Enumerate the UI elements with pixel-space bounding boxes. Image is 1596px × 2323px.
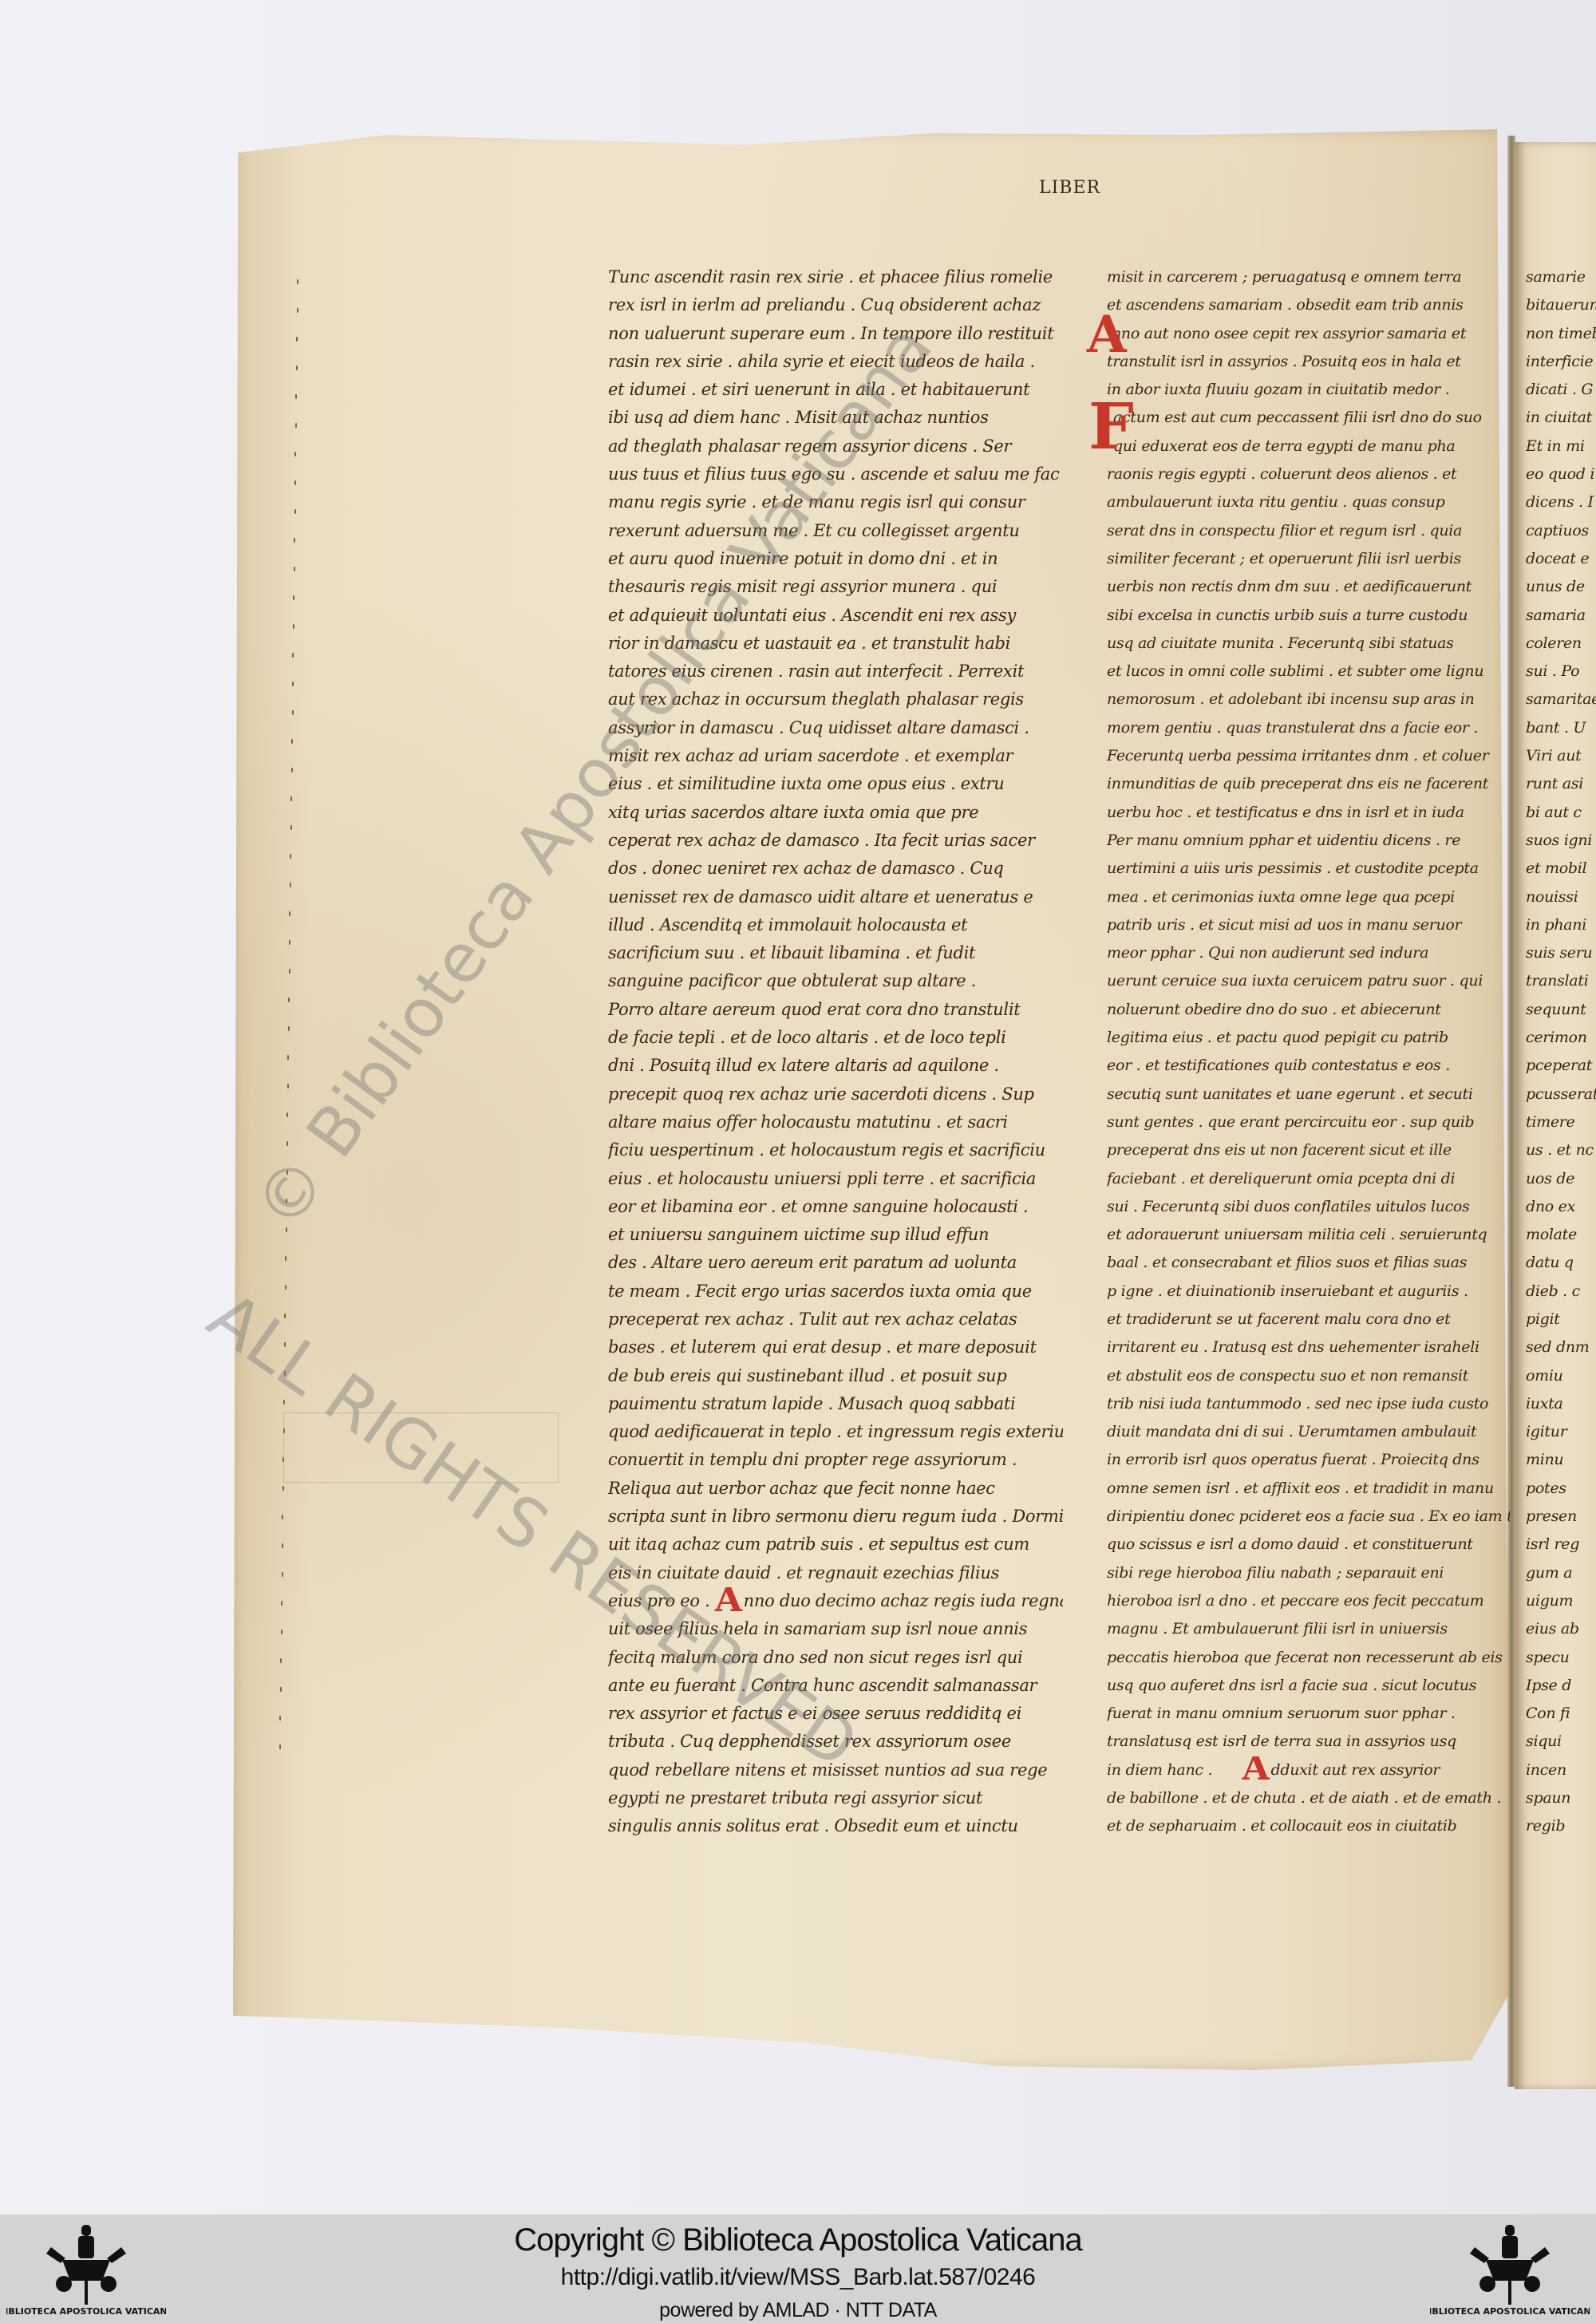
manuscript-line: uos de <box>1526 1165 1596 1193</box>
manuscript-line: dos . donec ueniret rex achaz de damasco… <box>608 855 1063 883</box>
manuscript-line: morem gentiu . quas transtulerat dns a f… <box>1107 714 1510 742</box>
manuscript-line: xitq urias sacerdos altare iuxta omia qu… <box>608 799 1063 827</box>
manuscript-line: noluerunt obedire dno do suo . et abiece… <box>1107 996 1510 1024</box>
prick-mark <box>290 883 291 887</box>
manuscript-line: isrl reg <box>1526 1531 1596 1559</box>
rubric-initial-f: F <box>1088 389 1134 464</box>
prick-mark <box>297 308 298 313</box>
manuscript-line: magnu . Et ambulauerunt filii isrl in un… <box>1107 1615 1510 1643</box>
manuscript-line: Et in mi <box>1526 433 1596 460</box>
manuscript-line: bant . U <box>1526 714 1596 742</box>
manuscript-line: pigit <box>1526 1306 1596 1333</box>
manuscript-line: sequunt <box>1526 996 1596 1024</box>
manuscript-line: usq quo auferet dns isrl a facie sua . s… <box>1107 1672 1510 1700</box>
manuscript-line: Ipse d <box>1526 1672 1596 1700</box>
manuscript-line: uerbu hoc . et testificatus e dns in isr… <box>1107 799 1510 827</box>
vatican-library-logo-icon: BIBLIOTECA APOSTOLICA VATICANA <box>6 2218 166 2319</box>
prick-mark <box>293 624 294 629</box>
manuscript-line: te meam . Fecit ergo urias sacerdos iuxt… <box>608 1278 1063 1306</box>
manuscript-line: patrib uris . et sicut misi ad uos in ma… <box>1107 911 1510 939</box>
powered-by-text: powered by AMLAD · NTT DATA <box>0 2299 1596 2322</box>
manuscript-line: Con fi <box>1526 1700 1596 1728</box>
prick-mark <box>297 279 298 284</box>
manuscript-line: uertimini a uiis uris pessimis . et cust… <box>1107 855 1510 883</box>
manuscript-line: specu <box>1526 1644 1596 1672</box>
logo-caption: BIBLIOTECA APOSTOLICA VATICANA <box>6 2306 166 2317</box>
manuscript-line: samaritae <box>1526 685 1596 713</box>
manuscript-line: dicens . I <box>1526 488 1596 516</box>
manuscript-line: dno ex <box>1526 1193 1596 1221</box>
manuscript-line: dicati . G <box>1526 376 1596 404</box>
prick-mark <box>294 538 295 543</box>
manuscript-line: sui . Feceruntq sibi duos conflatiles ui… <box>1107 1193 1510 1221</box>
manuscript-line: suis seru <box>1526 939 1596 967</box>
prick-mark <box>296 337 298 342</box>
neighbor-page-text: samariebitaueruntnon timebinterficiedica… <box>1526 263 1596 1841</box>
manuscript-line: et auru quod inuenire potuit in domo dni… <box>608 545 1063 573</box>
manuscript-line: peccatis hieroboa que fecerat non recess… <box>1107 1644 1510 1672</box>
manuscript-line: eius . et holocaustu uniuersi ppli terre… <box>608 1165 1063 1193</box>
image-viewer: LIBER Tunc ascendit rasin rex sirie . et… <box>0 0 1596 2214</box>
manuscript-line: Feceruntq uerba pessima irritantes dnm .… <box>1107 742 1510 770</box>
manuscript-line: pceperat <box>1526 1052 1596 1080</box>
prick-mark <box>280 1658 282 1663</box>
manuscript-line: et uniuersu sanguinem uictime sup illud … <box>608 1221 1063 1249</box>
manuscript-line: uenisset rex de damasco uidit altare et … <box>608 883 1063 911</box>
prick-mark <box>285 1285 286 1290</box>
manuscript-line: non timeb <box>1526 320 1596 348</box>
manuscript-line: sui . Po <box>1526 658 1596 685</box>
manuscript-line: hieroboa isrl a dno . et peccare eos fec… <box>1107 1587 1510 1615</box>
manuscript-line: interficie <box>1526 348 1596 376</box>
manuscript-line: potes <box>1526 1475 1596 1503</box>
prick-mark <box>287 1084 289 1088</box>
prick-mark <box>290 825 292 830</box>
copyright-text: Copyright © Biblioteca Apostolica Vatica… <box>0 2222 1596 2258</box>
manuscript-line: in ciuitat <box>1526 404 1596 432</box>
manuscript-line: suos igni <box>1526 827 1596 855</box>
manuscript-line: ficiu uespertinum . et holocaustum regis… <box>608 1136 1063 1164</box>
manuscript-line: doceat e <box>1526 545 1596 573</box>
manuscript-line: altare maius offer holocaustu matutinu .… <box>608 1108 1063 1136</box>
manuscript-line: egypti ne prestaret tributa regi assyrio… <box>608 1784 1063 1812</box>
manuscript-line: us . et nc <box>1526 1136 1596 1164</box>
manuscript-line: meor pphar . Qui non audierunt sed indur… <box>1107 939 1510 967</box>
manuscript-line: transtulit isrl in assyrios . Posuitq eo… <box>1107 348 1510 376</box>
manuscript-line: coleren <box>1526 630 1596 658</box>
manuscript-line: rexerunt aduersum me . Et cu collegisset… <box>608 517 1063 545</box>
prick-mark <box>288 1026 290 1031</box>
manuscript-line: illud . Ascenditq et immolauit holocaust… <box>608 911 1063 939</box>
manuscript-line: eor . et testificationes quib contestatu… <box>1107 1052 1510 1080</box>
manuscript-line: qui eduxerat eos de terra egypti de manu… <box>1107 433 1510 460</box>
manuscript-line: eo quod i <box>1526 460 1596 488</box>
manuscript-line: similiter fecerant ; et operuerunt filii… <box>1107 545 1510 573</box>
prick-mark <box>288 998 290 1002</box>
manuscript-line: pcusserat <box>1526 1081 1596 1108</box>
manuscript-line: fuerat in manu omnium seruorum suor ppha… <box>1107 1700 1510 1728</box>
manuscript-line: omne semen isrl . et afflixit eos . et t… <box>1107 1475 1510 1503</box>
manuscript-line: in errorib isrl quos operatus fuerat . P… <box>1107 1446 1510 1474</box>
prick-mark <box>279 1744 281 1749</box>
manuscript-line: et lucos in omni colle sublimi . et subt… <box>1107 658 1510 685</box>
manuscript-line: omiu <box>1526 1362 1596 1390</box>
right-text-column: misit in carcerem ; peruagatusq e omnem … <box>1107 263 1510 1841</box>
manuscript-line: sed dnm <box>1526 1333 1596 1361</box>
prick-mark <box>285 1256 286 1261</box>
manuscript-line: et ascendens samariam . obsedit eam trib… <box>1107 291 1510 319</box>
vatican-library-logo-icon: BIBLIOTECA APOSTOLICA VATICANA <box>1430 2218 1590 2319</box>
manuscript-line: inmunditias de quib preceperat dns eis n… <box>1107 770 1510 798</box>
manuscript-line: scripta sunt in libro sermonu dieru regu… <box>608 1503 1063 1531</box>
rubric-initial-a: A <box>1087 305 1127 365</box>
copyright-footer: Copyright © Biblioteca Apostolica Vatica… <box>0 2214 1596 2323</box>
manuscript-line: cerimon <box>1526 1024 1596 1052</box>
manuscript-line: eius . et similitudine iuxta ome opus ei… <box>608 770 1063 798</box>
manuscript-line: in phani <box>1526 911 1596 939</box>
prick-mark <box>294 509 296 514</box>
manuscript-line: sanguine pacificor que obtulerat sup alt… <box>608 967 1063 995</box>
manuscript-line: trib nisi iuda tantummodo . sed nec ipse… <box>1107 1390 1510 1418</box>
prick-mark <box>282 1572 283 1577</box>
prick-mark <box>292 710 294 715</box>
manuscript-line: minu <box>1526 1446 1596 1474</box>
manuscript-line: precepit quoq rex achaz urie sacerdoti d… <box>608 1081 1063 1108</box>
manuscript-line: conuertit in templu dni propter rege ass… <box>608 1446 1063 1474</box>
manuscript-line: des . Altare uero aereum erit paratum ad… <box>608 1249 1063 1277</box>
manuscript-line: actum est aut cum peccassent filii isrl … <box>1107 404 1510 432</box>
manuscript-line: preceperat rex achaz . Tulit aut rex ach… <box>608 1306 1063 1333</box>
manuscript-line: sacrificium suu . et libauit libamina . … <box>608 939 1063 967</box>
manuscript-line: preceperat dns eis ut non facerent sicut… <box>1107 1136 1510 1164</box>
prick-mark <box>289 940 290 945</box>
prick-mark <box>282 1486 284 1491</box>
prick-mark <box>296 365 298 370</box>
prick-mark <box>295 394 297 399</box>
manuscript-line: et adorauerunt uniuersam militia celi . … <box>1107 1221 1510 1249</box>
manuscript-line: rasin rex sirie . ahila syrie et eiecit … <box>608 348 1063 376</box>
manuscript-line: presen <box>1526 1503 1596 1531</box>
manuscript-line: runt asi <box>1526 770 1596 798</box>
manuscript-line: dni . Posuitq illud ex latere altaris ad… <box>608 1052 1063 1080</box>
manuscript-line: uit itaq achaz cum patrib suis . et sepu… <box>608 1531 1063 1559</box>
manuscript-line: bases . et luterem qui erat desup . et m… <box>608 1333 1063 1361</box>
permalink-url[interactable]: http://digi.vatlib.it/view/MSS_Barb.lat.… <box>0 2264 1596 2291</box>
prick-mark <box>294 480 296 485</box>
manuscript-line: captiuos <box>1526 517 1596 545</box>
manuscript-line: de facie tepli . et de loco altaris . et… <box>608 1024 1063 1052</box>
manuscript-line: unus de <box>1526 573 1596 601</box>
running-head: LIBER <box>1039 178 1100 198</box>
manuscript-line: sunt gentes . que erant percircuitu eor … <box>1107 1108 1510 1136</box>
manuscript-line: spaun <box>1526 1784 1596 1812</box>
manuscript-line: igitur <box>1526 1418 1596 1446</box>
manuscript-line: translati <box>1526 967 1596 995</box>
prick-mark <box>291 768 293 772</box>
manuscript-line: in abor iuxta fluuiu gozam in ciuitatib … <box>1107 376 1510 404</box>
manuscript-line: eius ab <box>1526 1615 1596 1643</box>
manuscript-line: regib <box>1526 1812 1596 1840</box>
manuscript-line: singulis annis solitus erat . Obsedit eu… <box>608 1812 1063 1840</box>
manuscript-line: eor et libamina eor . et omne sanguine h… <box>608 1193 1063 1221</box>
manuscript-line: timere <box>1526 1108 1596 1136</box>
manuscript-line: sibi excelsa in cunctis urbib suis a tur… <box>1107 602 1510 630</box>
manuscript-line: irritarent eu . Iratusq est dns uehement… <box>1107 1333 1510 1361</box>
manuscript-line: Reliqua aut uerbor achaz que fecit nonne… <box>608 1475 1063 1503</box>
manuscript-line: diripientiu donec pcideret eos a facie s… <box>1107 1503 1510 1531</box>
prick-mark <box>295 423 297 428</box>
manuscript-line: et mobil <box>1526 855 1596 883</box>
manuscript-line: de babillone . et de chuta . et de aiath… <box>1107 1784 1510 1812</box>
manuscript-line: nemorosum . et adolebant ibi incensu sup… <box>1107 685 1510 713</box>
manuscript-line: pauimentu stratum lapide . Musach quoq s… <box>608 1390 1063 1418</box>
prick-mark <box>294 567 295 571</box>
prick-mark <box>291 739 293 744</box>
manuscript-line: usq ad ciuitate munita . Feceruntq sibi … <box>1107 630 1510 658</box>
manuscript-line: gum a <box>1526 1559 1596 1587</box>
manuscript-line: secutiq sunt uanitates et uane egerunt .… <box>1107 1081 1510 1108</box>
manuscript-line: molate <box>1526 1221 1596 1249</box>
manuscript-line: uerbis non rectis dnm dm suu . et aedifi… <box>1107 573 1510 601</box>
prick-mark <box>290 796 292 801</box>
manuscript-line: datu q <box>1526 1249 1596 1277</box>
manuscript-line: non ualuerunt superare eum . In tempore … <box>608 320 1063 348</box>
manuscript-line: siqui <box>1526 1728 1596 1756</box>
manuscript-line: Per manu omnium pphar et uidentiu dicens… <box>1107 827 1510 855</box>
manuscript-line: ambulauerunt iuxta ritu gentiu . quas co… <box>1107 488 1510 516</box>
manuscript-line: incen <box>1526 1756 1596 1784</box>
manuscript-line: dieb . c <box>1526 1278 1596 1306</box>
manuscript-line: Viri aut <box>1526 742 1596 770</box>
logo-caption: BIBLIOTECA APOSTOLICA VATICANA <box>1430 2306 1590 2317</box>
manuscript-line: nno aut nono osee cepit rex assyrior sam… <box>1107 320 1510 348</box>
manuscript-line: et de sepharuaim . et collocauit eos in … <box>1107 1812 1510 1840</box>
manuscript-line: iuxta <box>1526 1390 1596 1418</box>
manuscript-line: uerunt ceruice sua iuxta ceruicem patru … <box>1107 967 1510 995</box>
manuscript-line: et abstulit eos de conspectu suo et non … <box>1107 1362 1510 1390</box>
rubric-initial-a: A <box>1242 1756 1270 1784</box>
manuscript-line: Porro altare aereum quod erat cora dno t… <box>608 996 1063 1024</box>
prick-mark <box>281 1630 282 1634</box>
manuscript-line: de bub ereis qui sustinebant illud . et … <box>608 1362 1063 1390</box>
prick-mark <box>282 1543 283 1548</box>
manuscript-line: rex isrl in ierlm ad preliandu . Cuq obs… <box>608 291 1063 319</box>
prick-mark <box>293 595 294 600</box>
prick-mark <box>281 1601 282 1606</box>
manuscript-line: legitima eius . et pactu quod pepigit cu… <box>1107 1024 1510 1052</box>
manuscript-line: misit rex achaz ad uriam sacerdote . et … <box>608 742 1063 770</box>
rubric-initial-a: A <box>715 1587 742 1615</box>
manuscript-line: quod aedificauerat in teplo . et ingress… <box>608 1418 1063 1446</box>
prick-mark <box>292 681 294 686</box>
manuscript-line: serat dns in conspectu filior et regum i… <box>1107 517 1510 545</box>
manuscript-line: faciebant . et dereliquerunt omia pcepta… <box>1107 1165 1510 1193</box>
manuscript-line: sibi rege hieroboa filiu nabath ; separa… <box>1107 1559 1510 1587</box>
manuscript-line: raonis regis egypti . coluerunt deos ali… <box>1107 460 1510 488</box>
manuscript-line: uigum <box>1526 1587 1596 1615</box>
manuscript-line: baal . et consecrabant et filios suos et… <box>1107 1249 1510 1277</box>
manuscript-line: bi aut c <box>1526 799 1596 827</box>
manuscript-line: samaria <box>1526 602 1596 630</box>
prick-mark <box>280 1687 282 1692</box>
manuscript-line: mea . et cerimonias iuxta omne lege qua … <box>1107 883 1510 911</box>
manuscript-line: et tradiderunt se ut facerent malu cora … <box>1107 1306 1510 1333</box>
manuscript-line: p igne . et diuinationib inseruiebant et… <box>1107 1278 1510 1306</box>
manuscript-line: misit in carcerem ; peruagatusq e omnem … <box>1107 263 1510 291</box>
manuscript-line: translatusq est isrl de terra sua in ass… <box>1107 1728 1510 1756</box>
manuscript-line: diuit mandata dni di sui . Uerumtamen am… <box>1107 1418 1510 1446</box>
manuscript-line: nouissi <box>1526 883 1596 911</box>
manuscript-line: bitauerunt <box>1526 291 1596 319</box>
prick-mark <box>289 969 290 974</box>
manuscript-line: quo scissus e isrl a domo dauid . et con… <box>1107 1531 1510 1559</box>
manuscript-line: Tunc ascendit rasin rex sirie . et phace… <box>608 263 1063 291</box>
manuscript-line: in diem hanc . Adduxit aut rex assyrior <box>1107 1756 1510 1784</box>
manuscript-line: ceperat rex achaz de damasco . Ita fecit… <box>608 827 1063 855</box>
manuscript-line: samarie <box>1526 263 1596 291</box>
